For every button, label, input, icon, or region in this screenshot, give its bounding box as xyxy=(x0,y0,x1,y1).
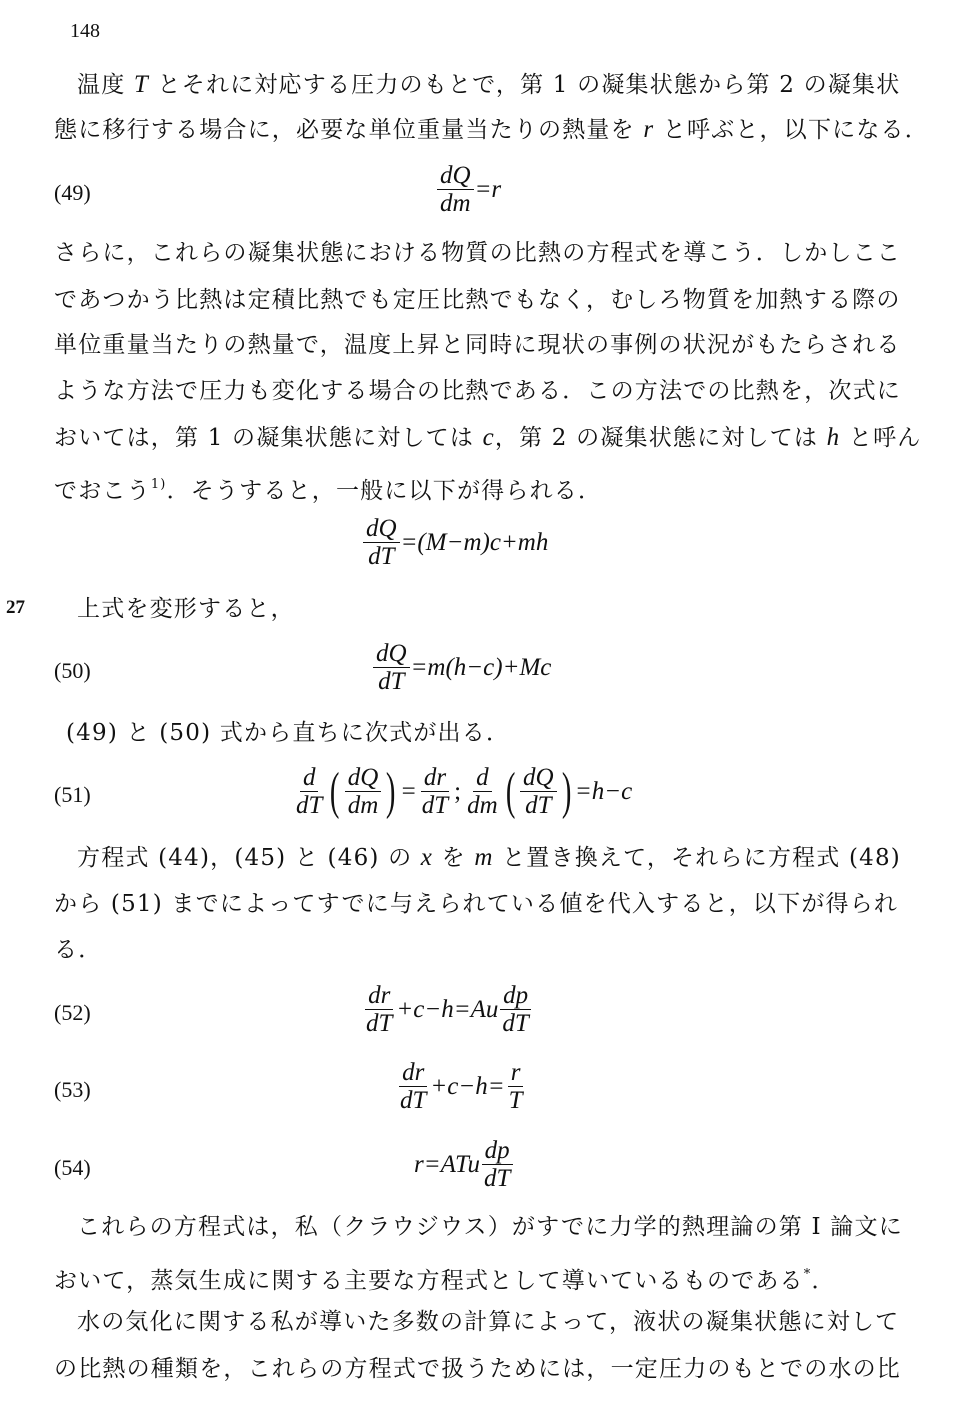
denominator: T xyxy=(506,1087,526,1114)
text: と呼ん xyxy=(840,425,921,451)
paragraph-4: (49) と (50) 式から直ちに次式が出る． xyxy=(66,718,928,748)
fraction: dQ dm xyxy=(345,764,382,819)
paragraph-5-line-2: から (51) までによってすでに与えられている値を代入すると，以下が得られ xyxy=(54,889,916,919)
math-var: c xyxy=(483,424,495,451)
text: ． xyxy=(811,1268,835,1294)
page-number: 148 xyxy=(70,20,100,43)
denominator: dm xyxy=(345,792,382,819)
denominator: dT xyxy=(397,1087,429,1114)
fraction: dr dT xyxy=(397,1059,429,1114)
fraction: dp dT xyxy=(481,1137,513,1192)
paragraph-2-line-2: であつかう比熱は定積比熱でも定圧比熱でもなく，むしろ物質を加熱する際の xyxy=(54,285,916,315)
equation-label-50: (50) xyxy=(54,658,91,684)
equation-54: r=ATu dp dT xyxy=(414,1137,514,1192)
equation-unnumbered: dQ dT =(M−m)c+mh xyxy=(362,515,548,570)
left-paren: ( xyxy=(330,766,340,818)
fraction: dp dT xyxy=(499,982,531,1037)
rhs: =h−c xyxy=(575,778,632,806)
numerator: dQ xyxy=(520,764,557,792)
text: ，第 2 の凝集状態に対しては xyxy=(495,425,827,451)
paragraph-6-line-1: これらの方程式は，私（クラウジウス）がすでに力学的熱理論の第 I 論文に xyxy=(77,1212,917,1242)
numerator: dp xyxy=(500,982,531,1010)
numerator: dp xyxy=(482,1137,513,1165)
text: でおこう xyxy=(54,478,151,504)
numerator: dQ xyxy=(373,640,410,668)
fraction: d dm xyxy=(464,764,501,819)
denominator: dm xyxy=(437,190,474,217)
fraction: dQ dT xyxy=(520,764,557,819)
paragraph-1-line-2: 態に移行する場合に，必要な単位重量当たりの熱量を r と呼ぶと，以下になる． xyxy=(54,115,916,145)
paragraph-6-line-2: おいて，蒸気生成に関する主要な方程式として導いているものである*． xyxy=(54,1260,916,1296)
numerator: dr xyxy=(421,764,449,792)
text: ．そうすると，一般に以下が得られる． xyxy=(167,478,603,504)
equation-label-53: (53) xyxy=(54,1077,91,1103)
equation-52: dr dT +c−h=Au dp dT xyxy=(362,982,533,1037)
equation-49: dQ dm =r xyxy=(436,162,501,217)
footnote-ref[interactable]: 1) xyxy=(151,477,167,492)
paragraph-7-line-1: 水の気化に関する私が導いた多数の計算によって，液状の凝集状態に対して xyxy=(77,1307,917,1337)
paragraph-2-line-4: ような方法で圧力も変化する場合の比熱である．この方法での比熱を，次式に xyxy=(54,376,916,406)
equals: = xyxy=(402,778,416,806)
equation-label-49: (49) xyxy=(54,180,91,206)
paragraph-1-line-1: 温度 T とそれに対応する圧力のもとで，第 1 の凝集状態から第 2 の凝集状 xyxy=(77,70,917,100)
equation-50: dQ dT =m(h−c)+Mc xyxy=(372,640,551,695)
text: と呼ぶと，以下になる． xyxy=(654,117,929,143)
fraction: dQ dT xyxy=(363,515,400,570)
math-var: T xyxy=(134,71,149,98)
numerator: d xyxy=(473,764,492,792)
numerator: dQ xyxy=(363,515,400,543)
rhs: =(M−m)c+mh xyxy=(401,529,549,557)
text: おいて，蒸気生成に関する主要な方程式として導いているものである xyxy=(54,1268,804,1294)
right-paren: ) xyxy=(386,766,396,818)
denominator: dT xyxy=(522,792,554,819)
text: 温度 xyxy=(77,72,134,98)
math-var: h xyxy=(827,424,841,451)
fraction: dQ dm xyxy=(437,162,474,217)
math-var: r xyxy=(643,116,654,143)
denominator: dm xyxy=(464,792,501,819)
denominator: dT xyxy=(375,668,407,695)
denominator: dT xyxy=(499,1010,531,1037)
right-paren: ) xyxy=(561,766,571,818)
equation-label-52: (52) xyxy=(54,1000,91,1026)
fraction: d dT xyxy=(293,764,325,819)
numerator: dQ xyxy=(345,764,382,792)
equation-53: dr dT +c−h= r T xyxy=(396,1059,527,1114)
math-var: x xyxy=(421,844,433,871)
numerator: dr xyxy=(365,982,393,1010)
math-var: m xyxy=(474,844,493,871)
paragraph-2-line-6: でおこう1)．そうすると，一般に以下が得られる． xyxy=(54,470,916,506)
denominator: dT xyxy=(419,792,451,819)
middle-terms: +c−h= xyxy=(430,1073,504,1101)
text: 態に移行する場合に，必要な単位重量当たりの熱量を xyxy=(54,117,643,143)
fraction: r T xyxy=(506,1059,526,1114)
text: と置き換えて，それらに方程式 (48) xyxy=(494,845,901,871)
rhs: =r xyxy=(475,176,502,204)
lhs: r=ATu xyxy=(414,1151,480,1179)
fraction: dr dT xyxy=(363,982,395,1037)
separator: ; xyxy=(454,778,461,806)
paragraph-2-line-1: さらに，これらの凝集状態における物質の比熱の方程式を導こう．しかしここ xyxy=(54,238,916,268)
denominator: dT xyxy=(363,1010,395,1037)
numerator: dQ xyxy=(437,162,474,190)
text: を xyxy=(433,845,474,871)
equation-51: d dT ( dQ dm ) = dr dT ; d dm ( dQ dT ) … xyxy=(292,764,632,819)
margin-number: 27 xyxy=(6,597,25,619)
rhs: =m(h−c)+Mc xyxy=(411,654,552,682)
paragraph-5-line-3: る． xyxy=(54,935,916,965)
numerator: d xyxy=(300,764,319,792)
paragraph-2-line-5: おいては，第 1 の凝集状態に対しては c，第 2 の凝集状態に対しては h と… xyxy=(54,423,916,453)
left-paren: ( xyxy=(506,766,516,818)
text: 方程式 (44)，(45) と (46) の xyxy=(77,845,421,871)
denominator: dT xyxy=(481,1165,513,1192)
text: とそれに対応する圧力のもとで，第 1 の凝集状態から第 2 の凝集状 xyxy=(149,72,900,98)
numerator: dr xyxy=(399,1059,427,1087)
paragraph-2-line-3: 単位重量当たりの熱量で，温度上昇と同時に現状の事例の状況がもたらされる xyxy=(54,330,916,360)
denominator: dT xyxy=(365,543,397,570)
equation-label-51: (51) xyxy=(54,782,91,808)
fraction: dr dT xyxy=(419,764,451,819)
text: おいては，第 1 の凝集状態に対しては xyxy=(54,425,483,451)
paragraph-7-line-2: の比熱の種類を，これらの方程式で扱うためには，一定圧力のもとでの水の比 xyxy=(54,1354,916,1384)
denominator: dT xyxy=(293,792,325,819)
paragraph-5-line-1: 方程式 (44)，(45) と (46) の x を m と置き換えて，それらに… xyxy=(77,843,917,873)
middle-terms: +c−h=Au xyxy=(396,996,498,1024)
paragraph-3: 上式を変形すると， xyxy=(77,594,917,624)
equation-label-54: (54) xyxy=(54,1155,91,1181)
numerator: r xyxy=(508,1059,524,1087)
fraction: dQ dT xyxy=(373,640,410,695)
